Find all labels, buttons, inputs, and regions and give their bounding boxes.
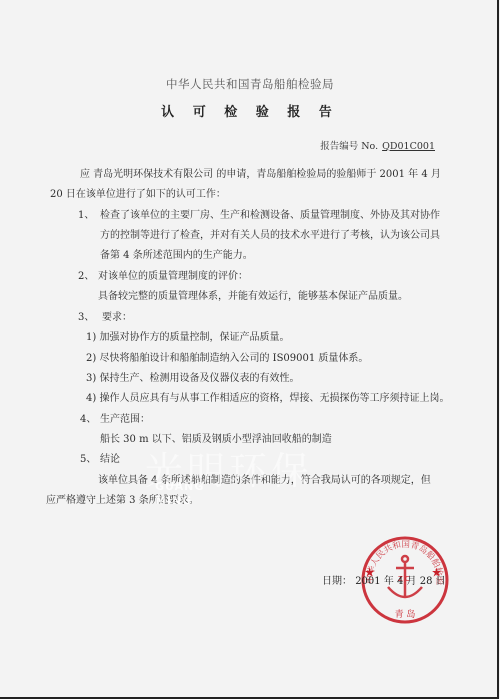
requirement-item: 4) 操作人员应具有与从事工作相适应的资格，焊接、无损探伤等工序须持证上岗。 bbox=[86, 392, 449, 406]
section-5-number: 5、 bbox=[80, 453, 96, 467]
section-3-number: 3、 bbox=[78, 311, 94, 325]
watermark-en: GUANG MING bbox=[155, 480, 204, 508]
section-4-title: 生产范围： bbox=[100, 413, 150, 427]
section-2-title: 对该单位的质量管理制度的评价： bbox=[98, 270, 248, 284]
section-2-text: 具备较完整的质量管理体系，并能有效运行，能够基本保证产品质量。 bbox=[98, 290, 408, 304]
section-4-number: 4、 bbox=[80, 413, 96, 427]
watermark-en-line-1: GUANG bbox=[155, 480, 204, 494]
section-3-title: 要求： bbox=[102, 311, 132, 325]
date-label: 日期： bbox=[322, 576, 352, 587]
report-number: 报告编号 No.QD01C001 bbox=[320, 138, 435, 152]
section-1-line-1: 检查了该单位的主要厂房、生产和检测设备、质量管理制度、外协及其对协作 bbox=[100, 209, 440, 223]
document-page: 中华人民共和国青岛船舶检验局 认 可 检 验 报 告 报告编号 No.QD01C… bbox=[0, 0, 499, 699]
intro-line-2: 20 日在该单位进行了如下的认可工作： bbox=[50, 188, 226, 202]
requirement-item: 2) 尽快将船舶设计和船舶制造纳入公司的 IS09001 质量体系。 bbox=[86, 352, 368, 366]
section-1-line-2: 方的控制等进行了检查，并对有关人员的技术水平进行了考核，认为该公司具 bbox=[100, 229, 440, 243]
section-1-number: 1、 bbox=[78, 209, 94, 223]
section-5-title: 结论 bbox=[100, 453, 120, 467]
svg-text:青 岛: 青 岛 bbox=[395, 608, 416, 620]
intro-line-1: 应 青岛光明环保技术有限公司 的申请，青岛船舶检验局的验船师于 2001 年 4… bbox=[80, 168, 441, 182]
report-number-value: QD01C001 bbox=[382, 141, 435, 152]
requirement-item: 1) 加强对协作方的质量控制，保证产品质量。 bbox=[86, 331, 289, 345]
issuing-organization: 中华人民共和国青岛船舶检验局 bbox=[0, 76, 500, 92]
report-number-label: 报告编号 No. bbox=[320, 141, 378, 152]
watermark-en-line-2: MING bbox=[155, 494, 204, 508]
date: 日期： 2001 年 4 月 28 日 bbox=[322, 572, 446, 587]
document-title: 认 可 检 验 报 告 bbox=[0, 101, 500, 120]
requirement-item: 3) 保持生产、检测用设备及仪器仪表的有效性。 bbox=[86, 372, 299, 386]
section-2-number: 2、 bbox=[78, 270, 94, 284]
date-value: 2001 年 4 月 28 日 bbox=[355, 576, 445, 587]
section-1-line-3: 备第 4 条所述范围内的生产能力。 bbox=[100, 249, 253, 263]
